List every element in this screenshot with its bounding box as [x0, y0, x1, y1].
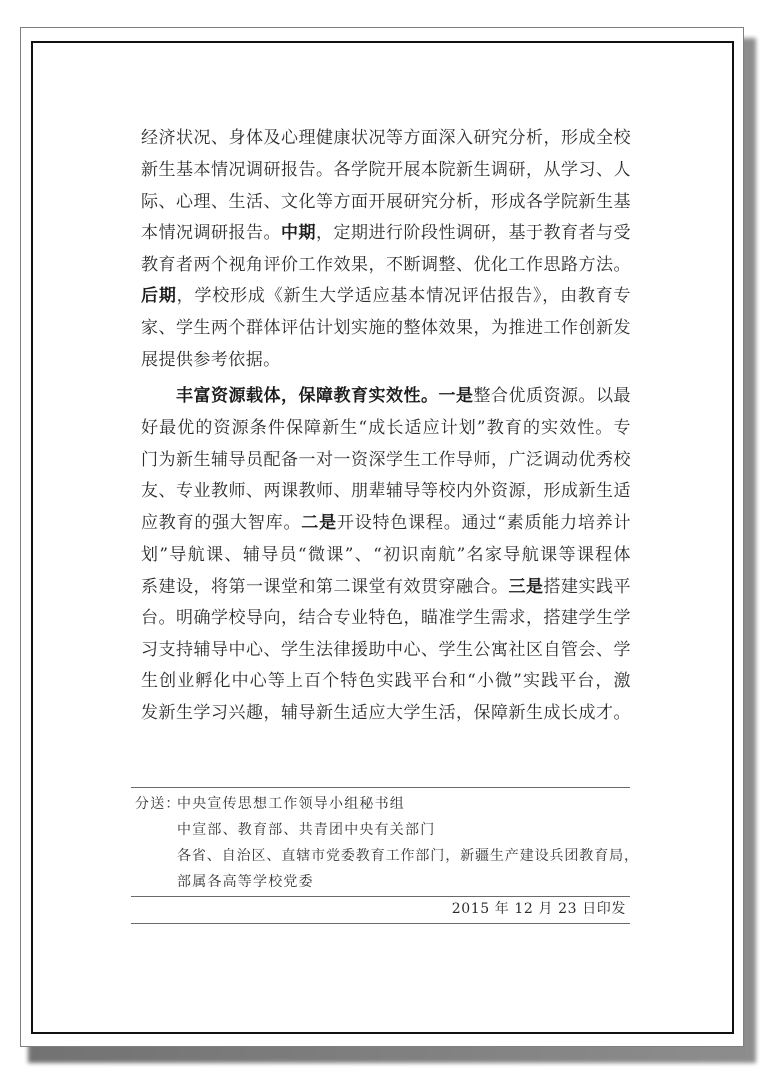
- body-text: 系建设，将第一课堂和第二课堂有效贯穿融合。: [141, 577, 509, 597]
- bold-term-third: 三是: [509, 577, 544, 597]
- body-line: 经济状况、身体及心理健康状况等方面深入研究分析，形成全校: [141, 128, 631, 148]
- body-line: 展提供参考依据。: [141, 350, 281, 370]
- body-line: 友、专业教师、两课教师、朋辈辅导等校内外资源，形成新生适: [141, 481, 631, 501]
- body-line: 本情况调研报告。中期，定期进行阶段性调研，基于教育者与受: [141, 223, 631, 243]
- bold-term-first: 一是: [439, 386, 474, 406]
- body-line: 门为新生辅导员配备一对一资深学生工作导师，广泛调动优秀校: [141, 450, 631, 470]
- distribution-recipient: 各省、自治区、直辖市党委教育工作部门，新疆生产建设兵团教育局，: [177, 847, 639, 865]
- body-line: 生创业孵化中心等上百个特色实践平台和“小微”实践平台，激: [141, 671, 631, 691]
- body-line: 应教育的强大智库。二是开设特色课程。通过“素质能力培养计: [141, 513, 631, 533]
- divider-top: [131, 787, 630, 788]
- body-line: 后期，学校形成《新生大学适应基本情况评估报告》，由教育专: [141, 286, 631, 306]
- body-line: 家、学生两个群体评估计划实施的整体效果，为推进工作创新发: [141, 318, 631, 338]
- body-line: 划”导航课、辅导员“微课”、“初识南航”名家导航课等课程体: [141, 545, 631, 565]
- paragraph-heading: 丰富资源载体，保障教育实效性。: [176, 386, 439, 406]
- bold-term-midterm: 中期: [281, 223, 316, 243]
- distribution-label: 分送：: [135, 795, 181, 813]
- divider-bottom: [131, 923, 630, 924]
- body-text: 本情况调研报告。: [141, 223, 281, 243]
- distribution-recipient: 部属各高等学校党委: [177, 873, 314, 891]
- bold-term-second: 二是: [301, 513, 337, 533]
- body-line: 系建设，将第一课堂和第二课堂有效贯穿融合。三是搭建实践平: [141, 577, 631, 597]
- body-text: 开设特色课程。通过“素质能力培养计: [337, 513, 631, 533]
- paragraph-heading-line: 丰富资源载体，保障教育实效性。一是整合优质资源。以最: [176, 386, 631, 406]
- divider-middle: [131, 896, 630, 897]
- body-text: 搭建实践平: [544, 577, 631, 597]
- bold-term-late-stage: 后期: [141, 286, 177, 306]
- body-line: 好最优的资源条件保障新生“成长适应计划”教育的实效性。专: [141, 418, 631, 438]
- body-line: 习支持辅导中心、学生法律援助中心、学生公寓社区自管会、学: [141, 640, 631, 660]
- issue-date: 2015 年 12 月 23 日印发: [452, 900, 626, 918]
- body-text: ，定期进行阶段性调研，基于教育者与受: [316, 223, 631, 243]
- body-text: ，学校形成《新生大学适应基本情况评估报告》，由教育专: [177, 286, 631, 306]
- body-text: 整合优质资源。以最: [474, 386, 631, 406]
- distribution-recipient: 中央宣传思想工作领导小组秘书组: [177, 795, 405, 813]
- body-line: 际、心理、生活、文化等方面开展研究分析，形成各学院新生基: [141, 192, 631, 212]
- body-text: 应教育的强大智库。: [141, 513, 301, 533]
- body-line: 教育者两个视角评价工作效果，不断调整、优化工作思路方法。: [141, 255, 631, 275]
- body-line: 新生基本情况调研报告。各学院开展本院新生调研，从学习、人: [141, 160, 631, 180]
- body-line: 发新生学习兴趣，辅导新生适应大学生活，保障新生成长成才。: [141, 703, 631, 723]
- distribution-recipient: 中宣部、教育部、共青团中央有关部门: [177, 821, 435, 839]
- document-page-border: [31, 41, 734, 1034]
- body-line: 台。明确学校导向，结合专业特色，瞄准学生需求，搭建学生学: [141, 608, 631, 628]
